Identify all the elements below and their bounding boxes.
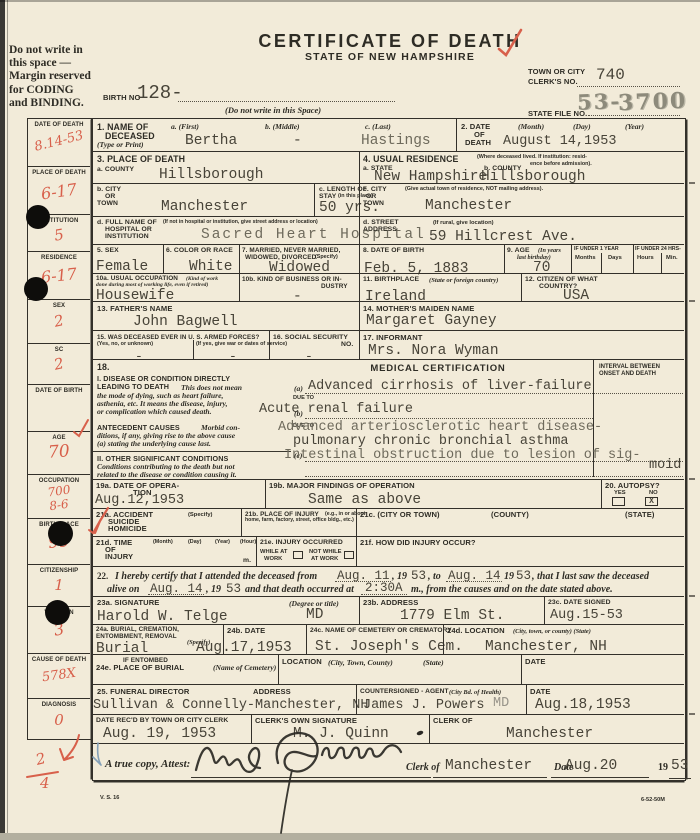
injury-hour-label: (Hour): [240, 540, 256, 546]
margin-code-value: 70: [27, 442, 90, 463]
place-of-burial-label: 24e. PLACE OF BURIAL: [96, 664, 184, 673]
margin-code-value: 0: [28, 713, 90, 728]
ssn-label2: NO.: [341, 341, 353, 349]
edge-tick: [689, 300, 695, 302]
last-name-value: Hastings: [361, 134, 431, 149]
margin-label: CAUSE OF DEATH: [28, 654, 90, 664]
divider: [661, 253, 662, 273]
min-label: Min.: [666, 255, 678, 261]
edge-tick: [689, 182, 695, 184]
attest-19-label: 19: [658, 763, 668, 773]
margin-fraction-bottom: 4: [40, 776, 50, 791]
business-label2: DUSTRY: [321, 283, 348, 290]
divider: [306, 625, 307, 654]
margin-label: DIAGNOSIS: [28, 699, 90, 709]
line-b-label: (b): [294, 410, 303, 419]
injury-occurred-label: 21e. INJURY OCCURRED: [260, 539, 343, 547]
father-value: John Bagwell: [133, 315, 237, 330]
divider: [359, 331, 360, 359]
armed-forces-note1: (Yes, no, or unknown): [97, 342, 153, 348]
cause-a-value: Advanced cirrhosis of liver-failure: [308, 380, 592, 394]
ssn-label1: 16. SOCIAL SECURITY: [273, 334, 348, 342]
death-city-value: Manchester: [161, 200, 248, 215]
divider: [601, 253, 602, 273]
margin-label: RESIDENCE: [28, 252, 90, 262]
divider: [521, 655, 522, 684]
certificate-title: CERTIFICATE OF DEATH: [160, 32, 620, 50]
row-medical-certification: 18. MEDICAL CERTIFICATION INTERVAL BETWE…: [93, 359, 684, 479]
injury-m-label: m.: [243, 557, 251, 565]
attended-from-year: 53: [411, 570, 426, 583]
residence-city-value: Manchester: [425, 199, 512, 214]
entombed-location-note: (City, Town, County): [328, 659, 393, 668]
dob-label: 8. DATE OF BIRTH: [363, 247, 424, 255]
cemetery-label: 24c. NAME OF CEMETERY OR CREMATORY: [310, 627, 452, 635]
attest-clerk-of-value: Manchester: [445, 759, 532, 774]
clerk-of-label: CLERK OF: [433, 717, 473, 726]
street-note: (If rural, give location): [433, 220, 494, 226]
entombed-location-note2: (State): [423, 659, 444, 668]
residence-city-note: (Give actual town of residence, NOT mail…: [405, 187, 543, 193]
hole-punch: [45, 600, 70, 625]
entombed-date-label: DATE: [525, 658, 546, 667]
attest-label: A true copy, Attest:: [105, 759, 190, 770]
left-binding-line: [7, 0, 8, 840]
town-clerk-label-line2: CLERK'S NO.: [528, 78, 578, 87]
cause-b-value: Acute renal failure: [259, 403, 413, 417]
signature-label: 23a. SIGNATURE: [97, 599, 159, 608]
divider: [239, 274, 240, 301]
father-label: 13. FATHER'S NAME: [97, 305, 173, 314]
certify-text-9: m., from the causes and on the date stat…: [411, 585, 613, 595]
row-certify-statement: 22. I hereby certify that I attended the…: [93, 566, 684, 596]
attest-underline: [191, 777, 431, 778]
burial-location-value: Manchester, NH: [485, 640, 607, 655]
funeral-director-value: Sullivan & Connelly-Manchester, NH: [93, 699, 368, 713]
field1-note: (Type or Print): [97, 141, 144, 150]
interval-label2: ONSET AND DEATH: [599, 371, 656, 378]
clerk-signature-value: M. J. Quinn: [293, 727, 389, 742]
date-of-death-value: August 14,1953: [503, 135, 616, 149]
section-divider: [93, 451, 291, 452]
divider: [356, 509, 357, 536]
certificate-form: 1. NAME OF DECEASED (Type or Print) a. (…: [92, 118, 686, 781]
field2-label3: DEATH: [465, 139, 491, 148]
edge-tick: [689, 478, 695, 480]
divider: [269, 331, 270, 359]
injury-day-label: (Day): [188, 540, 201, 546]
death-certificate-scan: Do not write in this space — Margin rese…: [0, 0, 700, 840]
operation-date-value: Aug.12,1953: [95, 494, 184, 508]
birth-no-value: 128-: [137, 84, 183, 103]
accident-note: (Specify): [188, 512, 212, 518]
form-number: V. S. 16: [100, 795, 119, 801]
divider: [521, 274, 522, 301]
day-label: (Day): [573, 123, 591, 132]
antecedent-note3: (a) stating the underlying cause last.: [97, 440, 211, 449]
field4-label: 4. USUAL RESIDENCE: [363, 154, 459, 164]
line-a-label: (a): [294, 385, 303, 394]
divider: [429, 715, 430, 743]
attest-date-value: Aug.20: [565, 759, 617, 774]
disease-note4: or complication which caused death.: [97, 408, 212, 417]
residence-city-label3: TOWN: [363, 200, 384, 208]
hole-punch: [24, 277, 48, 301]
hospital-label3: INSTITUTION: [105, 233, 149, 241]
margin-cell-sex: SEX 2: [28, 299, 90, 343]
margin-label: CITIZENSHIP: [28, 565, 90, 575]
row-physician-signature: 23a. SIGNATURE (Degree or title) Harold …: [93, 596, 684, 624]
margin-label: DATE OF BIRTH: [28, 385, 90, 395]
while-at-work-checkbox: [293, 551, 303, 559]
row-attest: A true copy, Attest: Clerk of Manchester…: [93, 743, 684, 782]
divider: [163, 245, 164, 273]
birth-no-label: BIRTH NO: [103, 94, 141, 103]
bottom-scan-edge: [0, 833, 700, 840]
operation-findings-label: 19b. MAJOR FINDINGS OF OPERATION: [269, 482, 415, 491]
hole-punch: [26, 205, 50, 229]
row-sex-race-marital: 5. SEX Female 6. COLOR OR RACE White 7. …: [93, 244, 684, 273]
interval-label1: INTERVAL BETWEEN: [599, 364, 660, 371]
under-24-hrs-label: IF UNDER 24 HRS-: [635, 247, 681, 253]
other-conditions-value-line1: Intestinal obstruction due to lesion of …: [284, 449, 640, 463]
not-while-label2: AT WORK: [311, 556, 338, 562]
certificate-subtitle: STATE OF NEW HAMPSHIRE: [160, 52, 620, 63]
margin-instruction-line: and BINDING.: [9, 97, 95, 110]
physician-signature-value: Harold W. Telge: [97, 610, 228, 625]
margin-instruction-line: this space —: [9, 57, 95, 70]
state-file-no-stamp: 3700: [618, 90, 688, 114]
do-not-write-note: (Do not write in this Space): [225, 106, 321, 116]
date-received-value: Aug. 19, 1953: [103, 727, 216, 742]
divider: [504, 245, 505, 273]
margin-code-value: 2: [27, 351, 91, 379]
divider: [456, 119, 457, 151]
margin-cell-date-of-birth: DATE OF BIRTH: [28, 384, 90, 431]
not-while-label1: NOT WHILE: [309, 549, 342, 555]
birthplace-label: 11. BIRTHPLACE: [363, 276, 419, 284]
autopsy-no-label: NO: [649, 490, 658, 496]
death-city-label3: TOWN: [97, 200, 118, 208]
row-funeral-director: 25. FUNERAL DIRECTOR ADDRESS Sullivan & …: [93, 684, 684, 714]
date-received-label: DATE REC'D BY TOWN OR CITY CLERK: [96, 717, 228, 725]
accident-label3: HOMICIDE: [108, 525, 147, 534]
certify-text-1: I hereby certify that I attended the dec…: [115, 572, 317, 582]
countersigned-degree-stamp: MD: [493, 697, 509, 711]
divider: [356, 685, 357, 714]
town-clerk-label-line1: TOWN OR CITY: [528, 68, 585, 77]
blank-line: [148, 594, 204, 595]
row-parents: 13. FATHER'S NAME John Bagwell 14. MOTHE…: [93, 301, 684, 330]
burial-label2: ENTOMBMENT, REMOVAL: [96, 633, 177, 640]
town-clerk-no-value: 740: [596, 67, 625, 83]
margin-code-value: 8.14-53: [27, 128, 90, 156]
cause-c-value-line1: Advanced arteriosclerotic heart disease-: [278, 421, 602, 435]
burial-location-label: 24d. LOCATION: [447, 627, 505, 636]
months-label: Months: [575, 255, 596, 261]
bottom-leader: [305, 476, 683, 477]
divider: [359, 597, 360, 624]
first-name-value: Bertha: [185, 134, 237, 149]
autopsy-no-checkbox: X: [645, 497, 658, 506]
blank-line: [361, 594, 407, 595]
row-hospital-street: d. FULL NAME OF HOSPITAL OR INSTITUTION …: [93, 216, 684, 244]
row-city-town: b. CITY OR TOWN Manchester c. LENGTH OF …: [93, 183, 684, 216]
margin-cell-date-of-death: DATE OF DEATH 8.14-53: [28, 119, 90, 166]
physician-address-label: 23b. ADDRESS: [363, 599, 418, 608]
while-at-work-label2: WORK: [264, 556, 282, 562]
margin-code-value: 2: [27, 308, 91, 336]
burial-date-label: 24b. DATE: [227, 627, 265, 636]
divider: [359, 152, 360, 183]
certify-text-4: 19: [504, 572, 514, 582]
medical-certification-header: MEDICAL CERTIFICATION: [293, 364, 583, 374]
divider: [526, 685, 527, 714]
field18-number: 18.: [97, 362, 110, 372]
place-of-burial-note: (Name of Cemetery): [213, 664, 276, 673]
divider: [544, 597, 545, 624]
clerk-of-value: Manchester: [506, 727, 593, 742]
divider: [359, 184, 360, 216]
divider: [359, 274, 360, 301]
injury-county-label: (COUNTY): [491, 511, 529, 520]
countersigned-label: COUNTERSIGNED - AGENT: [360, 688, 449, 696]
autopsy-yes-checkbox: [612, 497, 625, 506]
field4-note2: ence before admission).: [530, 162, 592, 168]
margin-instruction-line: for CODING: [9, 84, 95, 97]
other-conditions-value-line2: moid: [649, 459, 681, 473]
cemetery-value: St. Joseph's Cem.: [315, 640, 463, 655]
street-label2: ADDRESS: [363, 226, 397, 234]
operation-findings-value: Same as above: [308, 493, 421, 508]
last-name-label: c. (Last): [365, 123, 391, 132]
attest-underline: [551, 777, 649, 778]
funeral-address-label: ADDRESS: [253, 688, 291, 697]
burial-location-note: (City, town, or county) (State): [513, 628, 591, 635]
margin-cell-age: AGE 70: [28, 431, 90, 474]
county-label: a. COUNTY: [97, 166, 134, 174]
margin-label: PLACE OF DEATH: [28, 167, 90, 177]
while-at-work-label1: WHILE AT: [260, 549, 287, 555]
row-accident: 21a. ACCIDENT SUICIDE HOMICIDE (Specify)…: [93, 508, 684, 536]
certify-number: 22.: [97, 572, 108, 581]
sex-label: 5. SEX: [97, 247, 119, 255]
injury-month-label: (Month): [153, 540, 173, 546]
divider: [359, 245, 360, 273]
divider: [241, 509, 242, 536]
race-label: 6. COLOR OR RACE: [166, 247, 233, 255]
date-signed-value: Aug.15-53: [550, 609, 623, 623]
year-label: (Year): [625, 123, 644, 132]
attest-clerk-of-label: Clerk of: [406, 763, 440, 773]
divider: [571, 245, 572, 273]
degree-value: MD: [306, 608, 323, 623]
divider: [256, 537, 257, 566]
margin-label: AGE: [28, 432, 90, 442]
street-value: 59 Hillcrest Ave.: [429, 230, 577, 245]
row-occupation: 10a. USUAL OCCUPATION (Kind of work done…: [93, 273, 684, 301]
town-clerk-no-line: [577, 86, 680, 87]
state-file-prefix-stamp: 53-: [577, 90, 622, 113]
divider: [359, 217, 360, 244]
certify-text-7: , 19: [206, 585, 221, 595]
divider: [633, 245, 634, 273]
margin-instruction-line: Do not write in: [9, 44, 95, 57]
certify-text-5: , that I last saw the deceased: [532, 572, 649, 582]
certify-text-3: , to: [428, 572, 441, 582]
funeral-director-label: 25. FUNERAL DIRECTOR: [97, 688, 189, 697]
not-while-at-work-checkbox: [344, 551, 354, 559]
divider: [193, 340, 194, 359]
divider: [359, 302, 360, 330]
blank-line: [446, 581, 502, 582]
place-of-injury-note2: home, farm, factory, street, office bldg…: [245, 518, 354, 524]
margin-instruction-line: Margin reserved: [9, 70, 95, 83]
agent-date-value: Aug.18,1953: [535, 698, 631, 713]
margin-code-value: 6-17: [27, 180, 91, 204]
margin-code-value: 578X: [27, 665, 90, 687]
divider: [356, 537, 357, 566]
under-1-year-label: IF UNDER 1 YEAR: [574, 247, 619, 253]
injury-state-label: (STATE): [625, 511, 655, 520]
divider: [265, 480, 266, 508]
attest-underline: [669, 778, 691, 779]
attended-to-year: 53: [516, 570, 531, 583]
divider: [278, 655, 279, 684]
days-label: Days: [608, 255, 622, 261]
armed-forces-note2: (If yes, give war or dates of service): [196, 342, 287, 348]
clerk-signature-label: CLERK'S OWN SIGNATURE: [255, 717, 357, 726]
hospital-note: (If not in hospital or institution, give…: [163, 220, 318, 226]
last-seen-year: 53: [226, 583, 241, 596]
cause-c-value-line2: pulmonary chronic bronchial asthma: [293, 435, 568, 449]
hole-punch: [48, 521, 73, 546]
row-burial: 24a. BURIAL, CREMATION, ENTOMBMENT, REMO…: [93, 624, 684, 654]
divider: [251, 715, 252, 743]
countersigned-value: James J. Powers: [363, 699, 485, 713]
mother-value: Margaret Gayney: [366, 314, 497, 329]
month-label: (Month): [518, 123, 544, 132]
divider: [314, 184, 315, 216]
row-name-and-date: 1. NAME OF DECEASED (Type or Print) a. (…: [93, 119, 684, 151]
line-b-leader: [305, 418, 593, 419]
margin-cell-sc: SC 2: [28, 343, 90, 384]
time-of-injury-label3: INJURY: [105, 553, 133, 562]
hours-label: Hours: [637, 255, 654, 261]
informant-value: Mrs. Nora Wyman: [368, 344, 499, 359]
autopsy-yes-label: YES: [614, 490, 626, 496]
first-name-label: a. (First): [171, 123, 199, 132]
row-clerk: DATE REC'D BY TOWN OR CITY CLERK Aug. 19…: [93, 714, 684, 743]
entombed-location-label: LOCATION: [282, 658, 322, 667]
injury-year-label: (Year): [215, 540, 230, 546]
top-scan-edge: [0, 0, 700, 2]
agent-date-label: DATE: [530, 688, 551, 697]
attest-underline: [433, 777, 547, 778]
middle-name-value: -: [293, 134, 302, 149]
divider: [601, 480, 602, 508]
row-place-residence: 3. PLACE OF DEATH a. COUNTY Hillsborough…: [93, 151, 684, 183]
divider: [443, 625, 444, 654]
death-county-value: Hillsborough: [159, 168, 263, 183]
row-operation-autopsy: 19a. DATE OF OPERA- TION Aug.12,1953 19b…: [93, 479, 684, 508]
how-injury-label: 21f. HOW DID INJURY OCCUR?: [360, 539, 476, 548]
row-entombed: IF ENTOMBED 24e. PLACE OF BURIAL (Name o…: [93, 654, 684, 684]
certify-text-6: alive on: [107, 585, 140, 595]
death-time-value: 2:30A: [365, 582, 403, 595]
margin-cell-occupation: OCCUPATION 700 8-6: [28, 474, 90, 518]
margin-fraction-top: 2: [34, 751, 47, 768]
physician-address-value: 1779 Elm St.: [400, 609, 504, 624]
date-signed-label: 23c. DATE SIGNED: [548, 599, 611, 607]
due-to-label-1: DUE TO: [293, 395, 314, 401]
attest-year-value: 53: [671, 759, 688, 774]
birth-no-line: [178, 101, 395, 102]
informant-label: 17. INFORMANT: [363, 334, 423, 343]
birthplace-note: (State or foreign country): [429, 277, 498, 285]
row-armed-forces: 15. WAS DECEASED EVER IN U. S. ARMED FOR…: [93, 330, 684, 359]
row-injury-detail: 21d. TIME OF INJURY (Month) (Day) (Year)…: [93, 536, 684, 566]
certify-text-8: and that death occurred at: [245, 585, 354, 595]
edge-tick: [689, 595, 695, 597]
margin-cell-diagnosis: DIAGNOSIS 0: [28, 698, 90, 741]
edge-tick: [689, 713, 695, 715]
margin-cell-cause-of-death: CAUSE OF DEATH 578X: [28, 653, 90, 698]
left-binding-edge: [0, 0, 5, 840]
divider: [239, 245, 240, 273]
margin-instruction: Do not write in this space — Margin rese…: [9, 44, 95, 110]
print-run-code: 6-52-50M: [641, 797, 665, 803]
injury-city-label: 21c. (CITY OR TOWN): [360, 511, 440, 520]
middle-name-label: b. (Middle): [265, 123, 300, 132]
field3-label: 3. PLACE OF DEATH: [97, 154, 185, 164]
margin-code-value: 1: [28, 578, 90, 593]
